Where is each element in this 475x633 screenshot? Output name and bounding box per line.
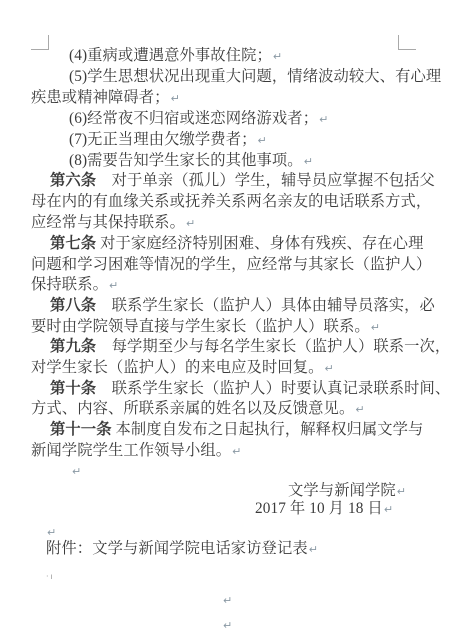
article-number: 第十一条 (50, 421, 112, 438)
text-line[interactable]: 疾患或精神障碍者；↵ (31, 89, 180, 107)
text-line[interactable]: 母在内的有血缘关系或抚养关系两名亲友的电话联系方式， (31, 193, 431, 210)
text-run: 疾患或精神障碍者； (31, 89, 170, 106)
text-run: 联系学生家长（监护人）时要认真记录联系时间、 (96, 380, 450, 397)
text-line[interactable]: 要时由学院领导直接与学生家长（监护人）联系。↵ (31, 318, 380, 336)
text-line[interactable]: 第十条 联系学生家长（监护人）时要认真记录联系时间、 (50, 380, 450, 397)
pilcrow-mark: ↵ (319, 113, 328, 126)
pilcrow-mark: ↵ (325, 362, 334, 375)
text-line[interactable]: (8)需要告知学生家长的其他事项。↵ (69, 152, 313, 170)
text-run: (6)经常夜不归宿或迷恋网络游戏者； (69, 110, 318, 127)
article-number: 第八条 (50, 297, 96, 314)
text-run: 对学生家长（监护人）的来电应及时回复。 (31, 359, 324, 376)
text-line[interactable]: 应经常与其保持联系。↵ (31, 214, 195, 232)
text-line[interactable]: 2017 年 10 月 18 日↵ (255, 500, 393, 518)
text-run: 母在内的有血缘关系或抚养关系两名亲友的电话联系方式， (31, 193, 431, 210)
pilcrow-mark: ↵ (355, 403, 364, 416)
text-run: 问题和学习困难等情况的学生，应经常与其家长（监护人） (31, 256, 431, 273)
pilcrow-mark: ↵ (384, 503, 393, 516)
document-page[interactable]: (4)重病或遭遇意外事故住院；↵(5)学生思想状况出现重大问题，情绪波动较大、有… (0, 0, 475, 633)
text-run: 附件：文学与新闻学院电话家访登记表 (46, 540, 308, 557)
margin-corner-mark-top-right (398, 35, 416, 50)
text-run: (4)重病或遭遇意外事故住院； (69, 47, 272, 64)
text-run: 每学期至少与每名学生家长（监护人）联系一次， (96, 338, 450, 355)
text-run: 方式、内容、所联系亲属的姓名以及反馈意见。 (31, 400, 354, 417)
pilcrow-mark: ↵ (371, 321, 380, 334)
text-run: 要时由学院领导直接与学生家长（监护人）联系。 (31, 318, 370, 335)
text-line[interactable]: 第八条 联系学生家长（监护人）具体由辅导员落实，必 (50, 297, 435, 314)
pilcrow-mark: ↵ (232, 445, 241, 458)
article-number: 第十条 (50, 380, 96, 397)
text-line[interactable]: 第七条 对于家庭经济特别困难、身体有残疾、存在心理 (50, 235, 423, 252)
text-line[interactable]: (6)经常夜不归宿或迷恋网络游戏者；↵ (69, 110, 328, 128)
article-number: 第六条 (50, 172, 96, 189)
pilcrow-mark: ↵ (186, 217, 195, 230)
text-line[interactable]: 文学与新闻学院↵ (288, 482, 406, 500)
text-run: 2017 年 10 月 18 日 (255, 500, 383, 517)
empty-paragraph[interactable]: ↵ (222, 616, 232, 633)
text-run: 保持联系。 (31, 276, 108, 293)
text-run: 本制度自发布之日起执行，解释权归属文学与 (112, 421, 424, 438)
text-line[interactable]: 第十一条 本制度自发布之日起执行，解释权归属文学与 (50, 421, 423, 438)
pilcrow-mark: ↵ (273, 50, 282, 63)
text-line[interactable]: 方式、内容、所联系亲属的姓名以及反馈意见。↵ (31, 400, 365, 418)
text-line[interactable]: 附件：文学与新闻学院电话家访登记表↵ (46, 540, 318, 558)
empty-paragraph[interactable]: ↵ (222, 591, 232, 609)
text-run: 对于家庭经济特别困难、身体有残疾、存在心理 (96, 235, 423, 252)
small-paragraph-mark-glyph: ·ı (46, 572, 55, 581)
text-line[interactable]: 问题和学习困难等情况的学生，应经常与其家长（监护人） (31, 256, 431, 273)
empty-paragraph[interactable]: ↵ (71, 462, 81, 480)
text-line[interactable]: (7)无正当理由欠缴学费者；↵ (69, 131, 267, 149)
text-run: 联系学生家长（监护人）具体由辅导员落实，必 (96, 297, 435, 314)
article-number: 第九条 (50, 338, 96, 355)
margin-corner-mark-top-left (31, 35, 49, 50)
text-line[interactable]: 对学生家长（监护人）的来电应及时回复。↵ (31, 359, 334, 377)
empty-paragraph[interactable]: ↵ (46, 523, 56, 541)
pilcrow-mark: ↵ (47, 526, 56, 539)
text-line[interactable]: 保持联系。↵ (31, 276, 118, 294)
pilcrow-mark: ↵ (304, 155, 313, 168)
pilcrow-mark: ↵ (309, 543, 318, 556)
text-line[interactable]: 第六条 对于单亲（孤儿）学生，辅导员应掌握不包括父 (50, 172, 435, 189)
article-number: 第七条 (50, 235, 96, 252)
text-run: (7)无正当理由欠缴学费者； (69, 131, 257, 148)
pilcrow-mark: ↵ (171, 92, 180, 105)
pilcrow-mark: ↵ (109, 279, 118, 292)
text-line[interactable]: (4)重病或遭遇意外事故住院；↵ (69, 47, 282, 65)
small-paragraph-mark[interactable]: ·ı (46, 566, 55, 585)
text-run: 新闻学院学生工作领导小组。 (31, 442, 231, 459)
text-run: 对于单亲（孤儿）学生，辅导员应掌握不包括父 (96, 172, 435, 189)
text-run: 应经常与其保持联系。 (31, 214, 185, 231)
pilcrow-mark: ↵ (223, 619, 232, 632)
pilcrow-mark: ↵ (258, 134, 267, 147)
text-run: (8)需要告知学生家长的其他事项。 (69, 152, 303, 169)
text-run: 文学与新闻学院 (288, 482, 396, 499)
text-run: (5)学生思想状况出现重大问题，情绪波动较大、有心理 (69, 68, 441, 85)
text-line[interactable]: 新闻学院学生工作领导小组。↵ (31, 442, 242, 460)
text-line[interactable]: (5)学生思想状况出现重大问题，情绪波动较大、有心理 (69, 68, 441, 85)
pilcrow-mark: ↵ (72, 465, 81, 478)
pilcrow-mark: ↵ (397, 485, 406, 498)
pilcrow-mark: ↵ (223, 594, 232, 607)
text-line[interactable]: 第九条 每学期至少与每名学生家长（监护人）联系一次， (50, 338, 450, 355)
